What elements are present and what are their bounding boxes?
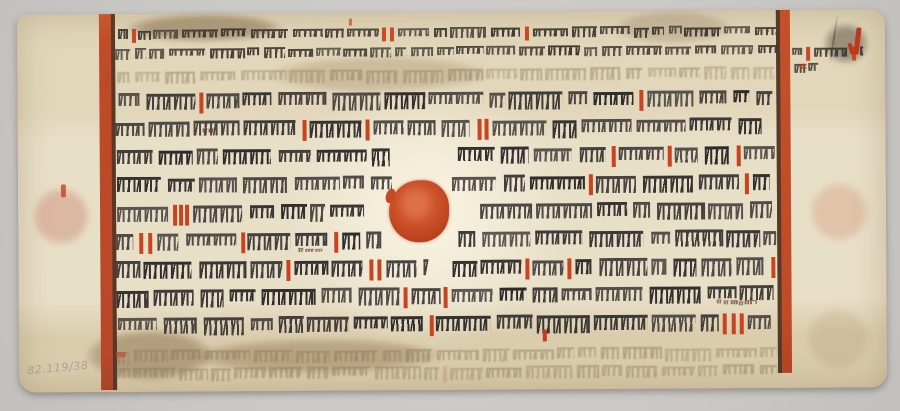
script-word xyxy=(117,72,129,84)
script-word xyxy=(296,350,330,362)
interlinear-gloss xyxy=(298,247,326,259)
script-word xyxy=(452,260,477,277)
script-word xyxy=(298,248,303,252)
script-word xyxy=(157,233,178,250)
red-danda-mark xyxy=(567,258,571,279)
script-word xyxy=(760,347,777,356)
interlinear-gloss xyxy=(203,127,215,139)
script-word xyxy=(307,367,329,379)
script-word xyxy=(536,203,592,219)
script-word xyxy=(243,177,287,193)
script-word xyxy=(199,261,246,278)
script-word xyxy=(707,286,736,299)
script-word xyxy=(755,27,776,35)
script-word xyxy=(792,48,802,55)
script-word xyxy=(736,257,764,275)
script-word xyxy=(679,68,700,78)
script-word xyxy=(437,47,453,55)
script-word xyxy=(533,28,568,36)
script-word xyxy=(385,92,426,109)
script-word xyxy=(584,47,597,57)
red-danda-mark xyxy=(139,233,143,254)
script-word xyxy=(334,350,378,362)
text-line-segment xyxy=(116,259,428,285)
script-word xyxy=(480,260,521,274)
script-word xyxy=(652,27,664,35)
script-word xyxy=(590,67,620,80)
script-word xyxy=(279,92,326,106)
script-word xyxy=(135,72,160,82)
script-word xyxy=(250,206,275,219)
script-word xyxy=(264,47,285,58)
text-line-segment xyxy=(116,231,385,257)
script-word xyxy=(347,29,379,37)
red-danda-mark xyxy=(639,90,643,111)
red-danda-mark xyxy=(731,313,735,334)
script-word xyxy=(730,300,737,303)
text-line-segment xyxy=(117,204,368,230)
red-danda-mark xyxy=(334,232,338,253)
script-word xyxy=(500,147,528,164)
red-danda-mark xyxy=(737,145,741,166)
script-word xyxy=(193,206,242,223)
text-line-segment xyxy=(117,285,774,313)
script-word xyxy=(623,347,662,360)
script-word xyxy=(288,49,313,58)
script-word xyxy=(330,204,364,217)
red-danda-mark xyxy=(429,315,433,336)
red-danda-mark xyxy=(390,27,394,41)
script-word xyxy=(458,147,495,161)
script-word xyxy=(186,233,236,245)
script-word xyxy=(295,261,329,275)
text-line-segment xyxy=(118,313,771,341)
script-word xyxy=(134,350,168,362)
script-word xyxy=(602,365,622,376)
script-word xyxy=(740,285,774,300)
script-word xyxy=(744,146,775,160)
script-word xyxy=(552,120,577,138)
script-word xyxy=(398,28,430,36)
script-word xyxy=(309,120,361,138)
script-word xyxy=(305,249,314,253)
script-word xyxy=(700,90,726,103)
script-word xyxy=(321,288,351,303)
script-word xyxy=(148,122,189,137)
text-line-segment xyxy=(458,145,775,171)
script-word xyxy=(763,231,776,246)
script-word xyxy=(330,70,362,81)
script-word xyxy=(411,288,440,304)
script-word xyxy=(726,230,759,248)
show-through-line xyxy=(117,66,774,89)
script-word xyxy=(153,30,178,39)
script-word xyxy=(269,367,302,378)
script-word xyxy=(332,261,363,277)
script-word xyxy=(576,259,592,275)
script-word xyxy=(133,368,176,378)
red-danda-mark xyxy=(287,260,291,281)
script-word xyxy=(752,173,770,190)
script-word xyxy=(724,26,750,34)
red-danda-mark xyxy=(740,313,744,334)
red-danda-mark xyxy=(612,146,616,167)
script-word xyxy=(568,91,587,104)
script-word xyxy=(860,47,863,56)
script-word xyxy=(594,92,634,105)
script-word xyxy=(731,67,750,79)
script-word xyxy=(247,233,291,250)
script-word xyxy=(717,300,722,304)
script-word xyxy=(557,347,574,358)
script-word xyxy=(211,368,231,381)
script-word xyxy=(251,29,288,38)
script-word xyxy=(147,94,195,110)
script-word xyxy=(117,206,168,222)
script-word xyxy=(200,71,235,81)
script-word xyxy=(310,204,325,222)
script-word xyxy=(721,45,753,54)
script-word xyxy=(149,49,164,58)
script-word xyxy=(648,67,676,76)
red-ink-mark xyxy=(61,184,66,197)
script-word xyxy=(295,232,327,246)
red-danda-mark xyxy=(148,233,152,254)
script-word xyxy=(452,176,496,191)
script-word xyxy=(675,147,698,162)
script-word xyxy=(366,70,398,83)
script-word xyxy=(179,368,207,380)
script-word xyxy=(519,47,545,56)
script-word xyxy=(424,367,439,380)
script-word xyxy=(117,177,161,192)
red-danda-mark xyxy=(526,259,530,280)
red-danda-mark xyxy=(443,366,447,382)
script-word xyxy=(577,365,599,378)
script-word xyxy=(395,47,407,56)
script-word xyxy=(808,63,818,71)
script-word xyxy=(118,318,157,330)
script-word xyxy=(520,69,542,82)
script-word xyxy=(450,368,483,380)
script-word xyxy=(601,347,619,359)
script-word xyxy=(436,316,492,331)
script-word xyxy=(325,29,344,38)
script-word xyxy=(434,28,447,36)
script-word xyxy=(247,47,259,55)
red-danda-mark xyxy=(185,205,189,226)
script-word xyxy=(353,316,387,328)
script-word xyxy=(533,148,572,161)
script-word xyxy=(593,315,647,331)
script-word xyxy=(159,150,193,164)
red-ink-mark xyxy=(116,352,126,357)
script-word xyxy=(201,290,223,307)
script-word xyxy=(533,287,559,302)
script-word xyxy=(428,91,483,104)
script-word xyxy=(254,350,293,363)
script-word xyxy=(669,26,682,34)
text-line-segment xyxy=(117,147,390,173)
script-word xyxy=(138,30,151,39)
script-word xyxy=(424,259,429,275)
script-word xyxy=(234,367,266,378)
script-word xyxy=(545,68,586,80)
script-word xyxy=(169,48,205,56)
manuscript-folio: 82.119/38 « xyxy=(17,9,887,392)
script-word xyxy=(499,287,526,300)
script-word xyxy=(116,234,133,250)
script-word xyxy=(665,46,690,55)
script-word xyxy=(657,202,705,220)
script-word xyxy=(486,367,522,378)
text-line-segment xyxy=(458,229,776,255)
red-danda-mark xyxy=(303,120,307,141)
script-word xyxy=(372,148,390,166)
script-word xyxy=(513,349,554,359)
text-line-segment xyxy=(118,89,772,117)
script-word xyxy=(144,261,191,278)
script-word xyxy=(486,46,515,55)
script-word xyxy=(366,232,382,249)
script-word xyxy=(758,45,778,53)
script-word xyxy=(332,367,370,376)
text-line-segment xyxy=(452,257,775,283)
script-word xyxy=(229,289,256,301)
script-word xyxy=(745,301,757,304)
script-word xyxy=(578,348,595,358)
script-word xyxy=(626,46,662,55)
script-word xyxy=(437,350,479,361)
script-word xyxy=(674,258,697,276)
script-word xyxy=(582,119,632,133)
script-word xyxy=(701,258,732,276)
script-word xyxy=(116,122,145,136)
script-word xyxy=(739,301,744,305)
script-word xyxy=(699,174,738,190)
script-word xyxy=(451,289,493,303)
script-word xyxy=(492,120,546,136)
script-word xyxy=(279,316,304,332)
script-word xyxy=(290,70,325,83)
script-word xyxy=(241,70,286,80)
script-word xyxy=(359,288,400,305)
text-line-segment xyxy=(452,173,770,199)
script-word xyxy=(756,90,772,105)
red-danda-mark xyxy=(382,27,386,41)
script-word xyxy=(600,258,648,276)
text-line-segment xyxy=(117,175,392,201)
script-word xyxy=(562,288,592,301)
script-word xyxy=(281,204,308,219)
script-word xyxy=(704,66,727,79)
red-danda-mark xyxy=(745,173,749,194)
script-word xyxy=(116,261,140,278)
red-danda-mark xyxy=(525,27,529,41)
script-word xyxy=(243,120,296,135)
script-word xyxy=(704,146,729,164)
script-word xyxy=(117,368,130,378)
script-word xyxy=(650,287,701,304)
script-word xyxy=(489,93,505,109)
red-danda-mark xyxy=(484,119,488,140)
script-word xyxy=(602,46,623,56)
script-word xyxy=(596,176,636,194)
script-word xyxy=(370,47,391,57)
script-word xyxy=(118,29,128,39)
show-through-line xyxy=(117,364,777,387)
red-danda-mark xyxy=(173,205,177,226)
script-word xyxy=(486,68,517,79)
script-word xyxy=(497,315,533,329)
red-danda-mark xyxy=(378,259,382,280)
script-word xyxy=(164,318,197,334)
script-word xyxy=(371,176,392,189)
red-chevron-mark: « xyxy=(798,59,808,73)
text-block xyxy=(17,9,887,392)
red-ink-mark xyxy=(349,19,352,26)
script-word xyxy=(483,348,509,361)
script-word xyxy=(634,28,649,39)
script-word xyxy=(205,351,250,360)
red-danda-mark xyxy=(771,257,775,278)
script-word xyxy=(207,93,240,108)
script-word xyxy=(117,290,149,308)
script-word xyxy=(153,290,193,307)
interlinear-gloss xyxy=(717,299,761,311)
script-word xyxy=(723,300,728,304)
script-word xyxy=(548,45,580,55)
script-word xyxy=(278,149,311,161)
script-word xyxy=(636,119,685,131)
script-word xyxy=(508,92,562,110)
red-danda-mark xyxy=(477,119,481,140)
script-word xyxy=(210,48,245,58)
script-word xyxy=(760,365,777,375)
script-word xyxy=(747,314,771,329)
script-word xyxy=(332,93,380,111)
script-word xyxy=(197,149,218,165)
script-word xyxy=(411,47,434,57)
script-word xyxy=(315,248,322,251)
top-marginal-line xyxy=(118,25,776,46)
script-word xyxy=(118,93,140,106)
script-word xyxy=(295,176,340,189)
script-word xyxy=(306,316,349,332)
script-word xyxy=(407,120,435,136)
script-word xyxy=(441,120,469,137)
script-word xyxy=(182,30,219,38)
script-word xyxy=(406,349,432,362)
script-word xyxy=(684,27,721,36)
script-word xyxy=(690,118,731,131)
script-word xyxy=(343,176,364,189)
script-word xyxy=(375,366,421,379)
script-word xyxy=(115,49,130,59)
red-danda-mark xyxy=(370,259,374,280)
red-danda-mark xyxy=(365,120,369,141)
text-line-segment xyxy=(480,201,772,227)
red-danda-mark xyxy=(723,313,727,334)
red-danda-mark xyxy=(199,93,203,114)
script-word xyxy=(675,230,723,247)
central-red-dot xyxy=(389,180,449,242)
script-word xyxy=(458,231,475,247)
red-danda-mark xyxy=(589,174,593,195)
script-word xyxy=(535,230,583,244)
script-word xyxy=(662,366,695,376)
script-word xyxy=(708,203,743,219)
script-word xyxy=(733,90,750,102)
script-word xyxy=(448,69,483,82)
script-word xyxy=(450,27,486,38)
script-word xyxy=(526,365,572,378)
script-word xyxy=(652,258,667,275)
red-danda-mark xyxy=(132,29,136,43)
script-word xyxy=(532,260,563,275)
script-word xyxy=(633,202,650,218)
script-word xyxy=(600,26,630,34)
script-word xyxy=(209,128,215,132)
top-marginal-line xyxy=(115,44,778,65)
script-word xyxy=(589,230,644,247)
script-word xyxy=(530,176,586,190)
script-word xyxy=(695,45,716,53)
script-word xyxy=(199,177,237,193)
script-word xyxy=(698,366,718,377)
script-word xyxy=(482,231,531,246)
script-word xyxy=(243,92,272,105)
script-word xyxy=(391,317,423,332)
script-word xyxy=(580,147,606,162)
script-word xyxy=(626,68,642,79)
script-word xyxy=(194,121,240,136)
script-word xyxy=(750,201,772,218)
script-word xyxy=(716,348,757,357)
script-word xyxy=(665,348,711,361)
script-word xyxy=(293,29,324,37)
red-ink-mark xyxy=(543,329,547,341)
script-word xyxy=(595,287,642,302)
script-word xyxy=(403,70,443,83)
script-word xyxy=(317,149,367,161)
red-danda-mark xyxy=(179,205,183,226)
script-word xyxy=(618,147,663,160)
script-word xyxy=(250,318,272,331)
script-word xyxy=(739,118,762,134)
script-word xyxy=(135,48,146,59)
script-word xyxy=(572,26,597,37)
script-word xyxy=(168,178,195,191)
script-word xyxy=(480,203,532,218)
script-word xyxy=(652,231,670,244)
script-word xyxy=(117,150,154,164)
red-danda-mark xyxy=(403,287,407,308)
script-word xyxy=(386,260,416,278)
photo-backdrop: 82.119/38 « xyxy=(0,0,900,411)
script-word xyxy=(203,129,208,133)
script-word xyxy=(343,48,367,56)
script-word xyxy=(204,318,243,336)
red-danda-mark xyxy=(444,287,448,308)
red-danda-mark xyxy=(667,146,671,167)
script-word xyxy=(342,232,361,249)
script-word xyxy=(652,314,696,331)
script-word xyxy=(261,289,315,305)
script-word xyxy=(456,46,484,54)
script-word xyxy=(700,314,719,331)
script-word xyxy=(723,364,754,374)
